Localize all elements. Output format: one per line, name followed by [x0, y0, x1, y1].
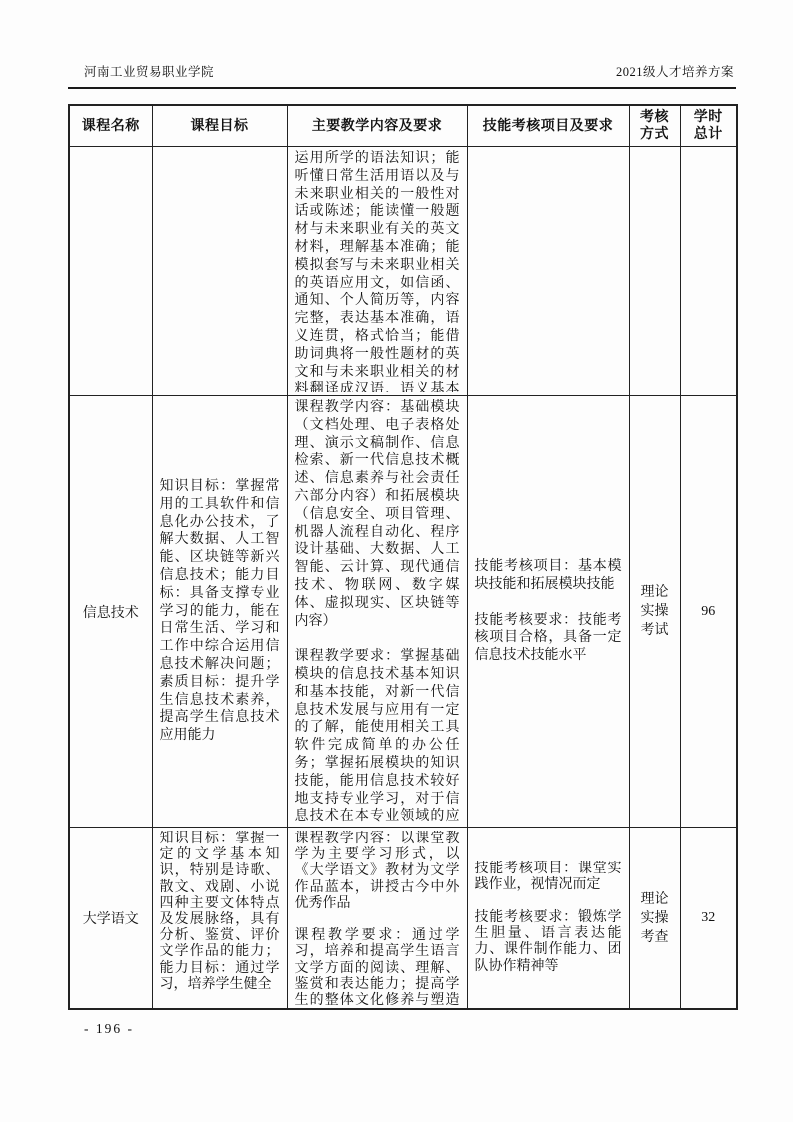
cell-assessment: 技能考核项目：基本模块技能和拓展模块技能 技能考核要求：技能考核项目合格，具备一… [467, 396, 629, 828]
cell-objectives-text: 知识目标：掌握一定的文学基本知识，特别是诗歌、散文、戏剧、小说四种主要文体特点及… [160, 831, 280, 993]
school-name: 河南工业贸易职业学院 [84, 62, 214, 80]
cell-course-name: 信息技术 [69, 396, 152, 828]
cell-content: 运用所学的语法知识；能听懂日常生活用语以及与未来职业相关的一般性对话或陈述；能读… [287, 147, 467, 396]
cell-course-name [69, 147, 152, 396]
curriculum-table: 课程名称 课程目标 主要教学内容及要求 技能考核项目及要求 考核 方式 学时 总… [68, 104, 738, 1010]
cell-objectives [152, 147, 287, 396]
cell-content-text: 课程教学内容：基础模块（文档处理、电子表格处理、演示文稿制作、信息检索、新一代信… [295, 399, 460, 823]
table-row: 运用所学的语法知识；能听懂日常生活用语以及与未来职业相关的一般性对话或陈述；能读… [69, 147, 737, 396]
cell-content: 课程教学内容：基础模块（文档处理、电子表格处理、演示文稿制作、信息检索、新一代信… [287, 396, 467, 828]
table-row: 大学语文 知识目标：掌握一定的文学基本知识，特别是诗歌、散文、戏剧、小说四种主要… [69, 828, 737, 1010]
table-header-row: 课程名称 课程目标 主要教学内容及要求 技能考核项目及要求 考核 方式 学时 总… [69, 105, 737, 147]
table-row: 信息技术 知识目标：掌握常用的工具软件和信息化办公技术，了解大数据、人工智能、区… [69, 396, 737, 828]
column-header-method: 考核 方式 [629, 105, 680, 147]
cell-assessment-text: 技能考核项目：课堂实践作业，视情况而定 技能考核要求：锻炼学生胆量、语言表达能力… [475, 861, 622, 974]
cell-method [629, 147, 680, 396]
cell-method: 理论 实操 考查 [629, 828, 680, 1010]
cell-method: 理论 实操 考试 [629, 396, 680, 828]
cell-objectives: 知识目标：掌握常用的工具软件和信息化办公技术，了解大数据、人工智能、区块链等新兴… [152, 396, 287, 828]
page-header: 河南工业贸易职业学院 2021级人才培养方案 [68, 62, 736, 89]
column-header-assessment: 技能考核项目及要求 [467, 105, 629, 147]
cell-content-text: 运用所学的语法知识；能听懂日常生活用语以及与未来职业相关的一般性对话或陈述；能读… [295, 150, 460, 392]
document-title: 2021级人才培养方案 [616, 62, 734, 80]
column-header-course-name: 课程名称 [69, 105, 152, 147]
document-page: 河南工业贸易职业学院 2021级人才培养方案 课程名称 课程目标 主要教学内容及… [0, 0, 793, 1122]
cell-course-name: 大学语文 [69, 828, 152, 1010]
column-header-hours: 学时 总计 [680, 105, 737, 147]
cell-objectives-text: 知识目标：掌握常用的工具软件和信息化办公技术，了解大数据、人工智能、区块链等新兴… [160, 478, 280, 745]
cell-hours: 96 [680, 396, 737, 828]
cell-assessment-text: 技能考核项目：基本模块技能和拓展模块技能 技能考核要求：技能考核项目合格，具备一… [475, 558, 622, 665]
cell-hours [680, 147, 737, 396]
cell-hours: 32 [680, 828, 737, 1010]
cell-assessment [467, 147, 629, 396]
page-number: - 196 - [84, 1021, 134, 1037]
cell-assessment: 技能考核项目：课堂实践作业，视情况而定 技能考核要求：锻炼学生胆量、语言表达能力… [467, 828, 629, 1010]
column-header-content: 主要教学内容及要求 [287, 105, 467, 147]
column-header-objectives: 课程目标 [152, 105, 287, 147]
cell-content-text: 课程教学内容：以课堂教学为主要学习形式，以《大学语文》教材为文学作品蓝本，讲授古… [295, 831, 460, 1005]
cell-content: 课程教学内容：以课堂教学为主要学习形式，以《大学语文》教材为文学作品蓝本，讲授古… [287, 828, 467, 1010]
cell-objectives: 知识目标：掌握一定的文学基本知识，特别是诗歌、散文、戏剧、小说四种主要文体特点及… [152, 828, 287, 1010]
